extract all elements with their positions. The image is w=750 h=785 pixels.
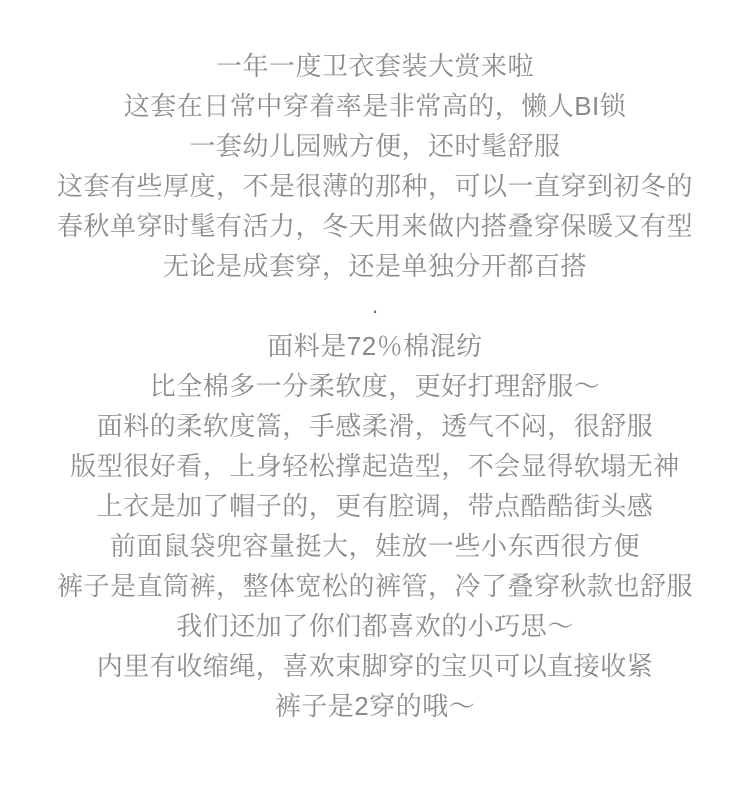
description-line: 裤子是2穿的哦～ [0,686,750,726]
description-line: 前面鼠袋兜容量挺大，娃放一些小东西很方便 [0,526,750,566]
product-description-text-block: 一年一度卫衣套装大赏来啦 这套在日常中穿着率是非常高的，懒人BI锁 一套幼儿园贼… [0,0,750,726]
description-line: 版型很好看，上身轻松撑起造型，不会显得软塌无神 [0,446,750,486]
description-line: 一套幼儿园贼方便，还时髦舒服 [0,126,750,166]
description-line: 裤子是直筒裤，整体宽松的裤管，冷了叠穿秋款也舒服 [0,566,750,606]
description-line: 这套有些厚度，不是很薄的那种，可以一直穿到初冬的 [0,166,750,206]
product-description-page: 一年一度卫衣套装大赏来啦 这套在日常中穿着率是非常高的，懒人BI锁 一套幼儿园贼… [0,0,750,785]
description-line: 这套在日常中穿着率是非常高的，懒人BI锁 [0,86,750,126]
description-line: 上衣是加了帽子的，更有腔调，带点酷酷街头感 [0,486,750,526]
description-line: 比全棉多一分柔软度，更好打理舒服～ [0,366,750,406]
description-line: 面料是72％棉混纺 [0,326,750,366]
description-line: 无论是成套穿，还是单独分开都百搭 [0,246,750,286]
description-line: 春秋单穿时髦有活力，冬天用来做内搭叠穿保暖又有型 [0,206,750,246]
paragraph-separator-dot: . [0,286,750,326]
description-line: 面料的柔软度篙，手感柔滑，透气不闷，很舒服 [0,406,750,446]
description-line: 我们还加了你们都喜欢的小巧思～ [0,606,750,646]
description-line: 内里有收缩绳，喜欢束脚穿的宝贝可以直接收紧 [0,646,750,686]
description-line: 一年一度卫衣套装大赏来啦 [0,46,750,86]
